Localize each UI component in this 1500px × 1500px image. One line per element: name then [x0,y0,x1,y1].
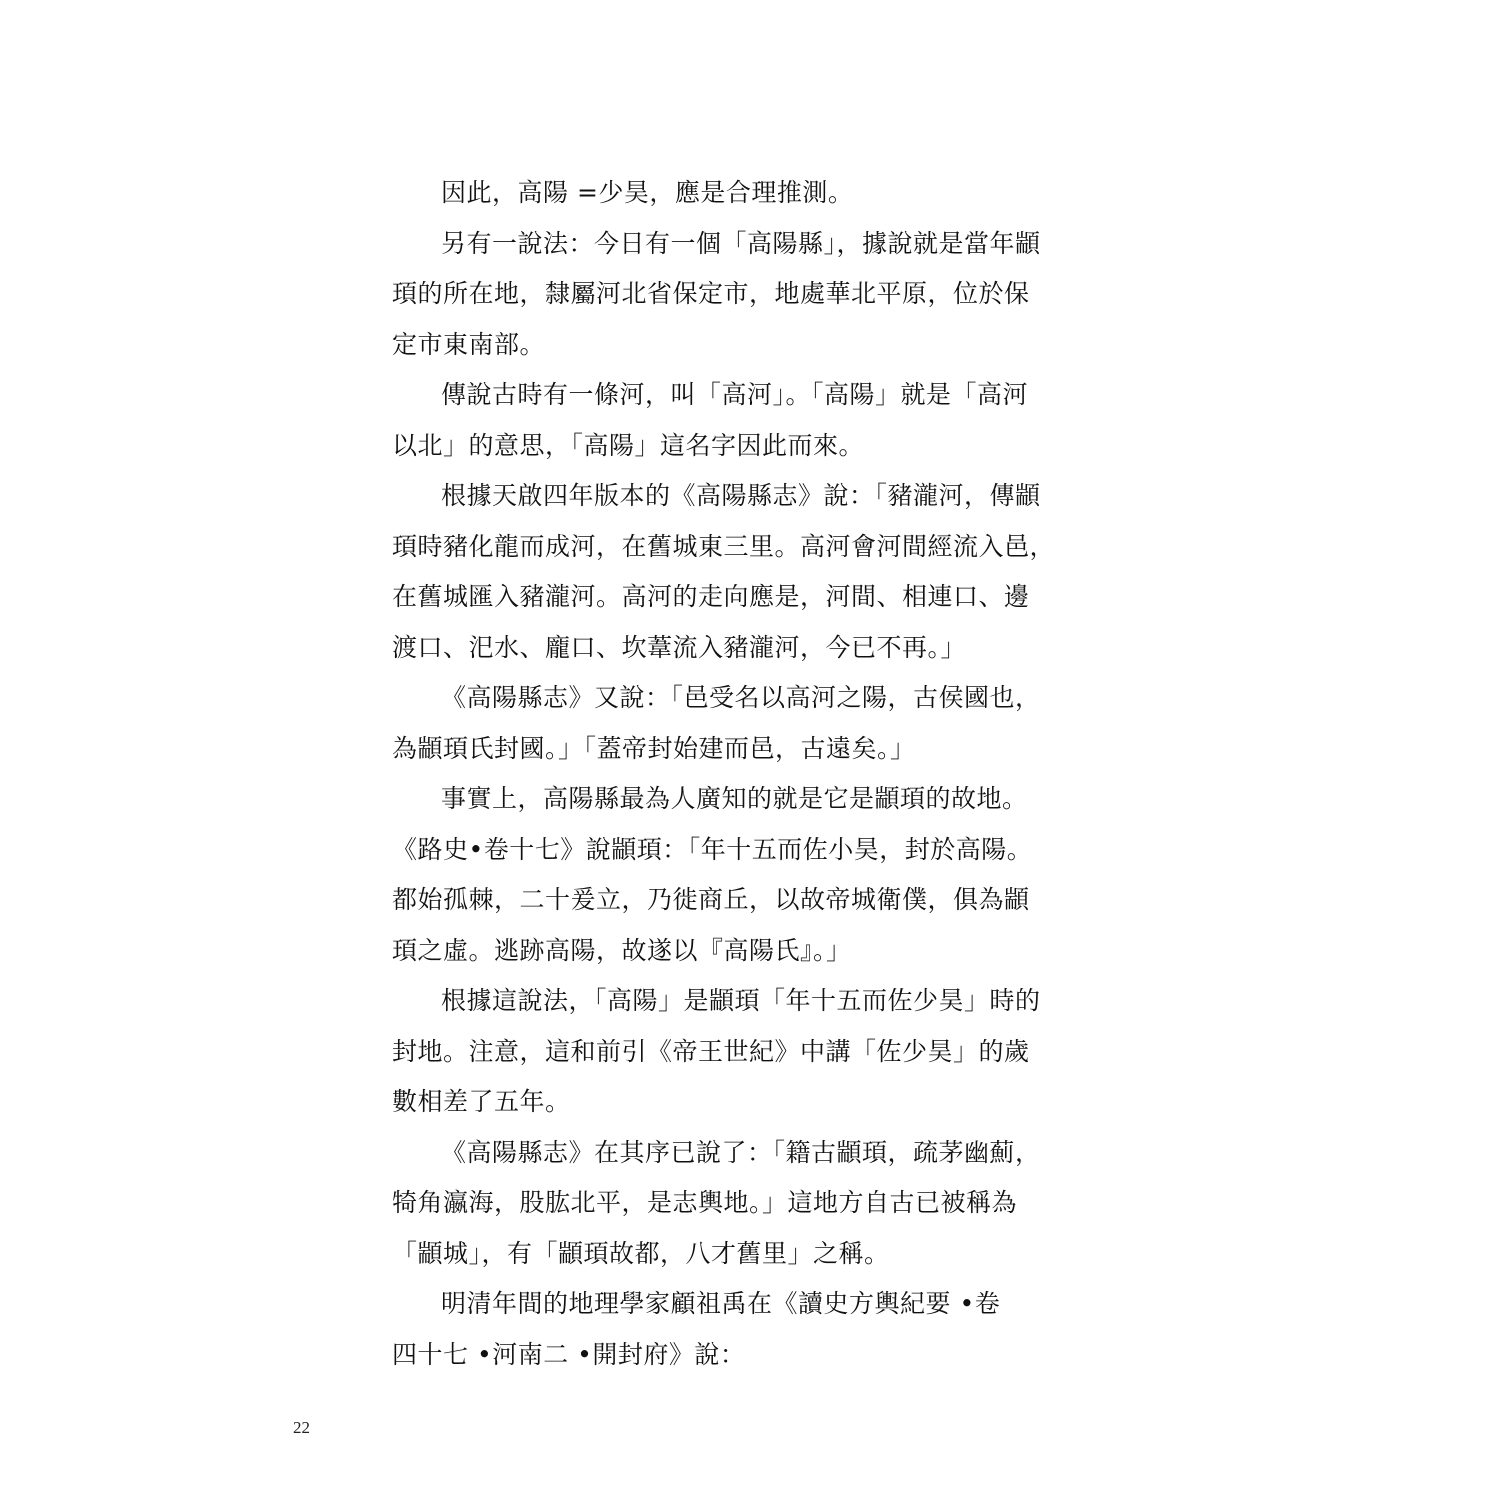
text-line: 明清年間的地理學家顧祖禹在《讀史方輿紀要 •卷 [392,1279,1112,1330]
text-line: 頊之虛。逃跡高陽，故遂以『高陽氏』。」 [392,926,1112,977]
text-line: 數相差了五年。 [392,1077,1112,1128]
text-line: 另有一說法：今日有一個「高陽縣」，據說就是當年顓 [392,219,1112,270]
text-line: 為顓頊氏封國。」「蓋帝封始建而邑，古遠矣。」 [392,724,1112,775]
text-line: 因此，高陽 =少昊，應是合理推測。 [392,168,1112,219]
text-line: 渡口、汜水、龐口、坎葦流入豬瀧河，今已不再。」 [392,623,1112,674]
text-line: 《高陽縣志》又說：「邑受名以高河之陽，古侯國也， [392,673,1112,724]
text-line: 都始孤棘，二十爰立，乃徙商丘，以故帝城衛僕，俱為顓 [392,875,1112,926]
text-line: 以北」的意思，「高陽」這名字因此而來。 [392,421,1112,472]
text-line: 在舊城匯入豬瀧河。高河的走向應是，河間、相連口、邊 [392,572,1112,623]
text-line: 四十七 •河南二 •開封府》說： [392,1330,1112,1381]
text-line: 《高陽縣志》在其序已說了：「籍古顓頊，疏茅幽薊， [392,1128,1112,1179]
text-line: 頊的所在地，隸屬河北省保定市，地處華北平原，位於保 [392,269,1112,320]
text-line: 犄角瀛海，股肱北平，是志輿地。」這地方自古已被稱為 [392,1178,1112,1229]
text-line: 事實上，高陽縣最為人廣知的就是它是顓頊的故地。 [392,774,1112,825]
page-number: 22 [293,1418,310,1438]
body-text: 因此，高陽 =少昊，應是合理推測。 另有一說法：今日有一個「高陽縣」，據說就是當… [392,168,1112,1380]
text-line: 封地。注意，這和前引《帝王世紀》中講「佐少昊」的歲 [392,1027,1112,1078]
text-line: 《路史•卷十七》說顓頊：「年十五而佐小昊，封於高陽。 [392,825,1112,876]
document-page: 因此，高陽 =少昊，應是合理推測。 另有一說法：今日有一個「高陽縣」，據說就是當… [0,0,1500,1500]
text-line: 頊時豬化龍而成河，在舊城東三里。高河會河間經流入邑， [392,522,1112,573]
text-line: 傳說古時有一條河，叫「高河」。「高陽」就是「高河 [392,370,1112,421]
text-line: 「顓城」，有「顓頊故都，八才舊里」之稱。 [392,1229,1112,1280]
text-line: 根據天啟四年版本的《高陽縣志》說：「豬瀧河，傳顓 [392,471,1112,522]
text-line: 根據這說法，「高陽」是顓頊「年十五而佐少昊」時的 [392,976,1112,1027]
text-line: 定市東南部。 [392,320,1112,371]
